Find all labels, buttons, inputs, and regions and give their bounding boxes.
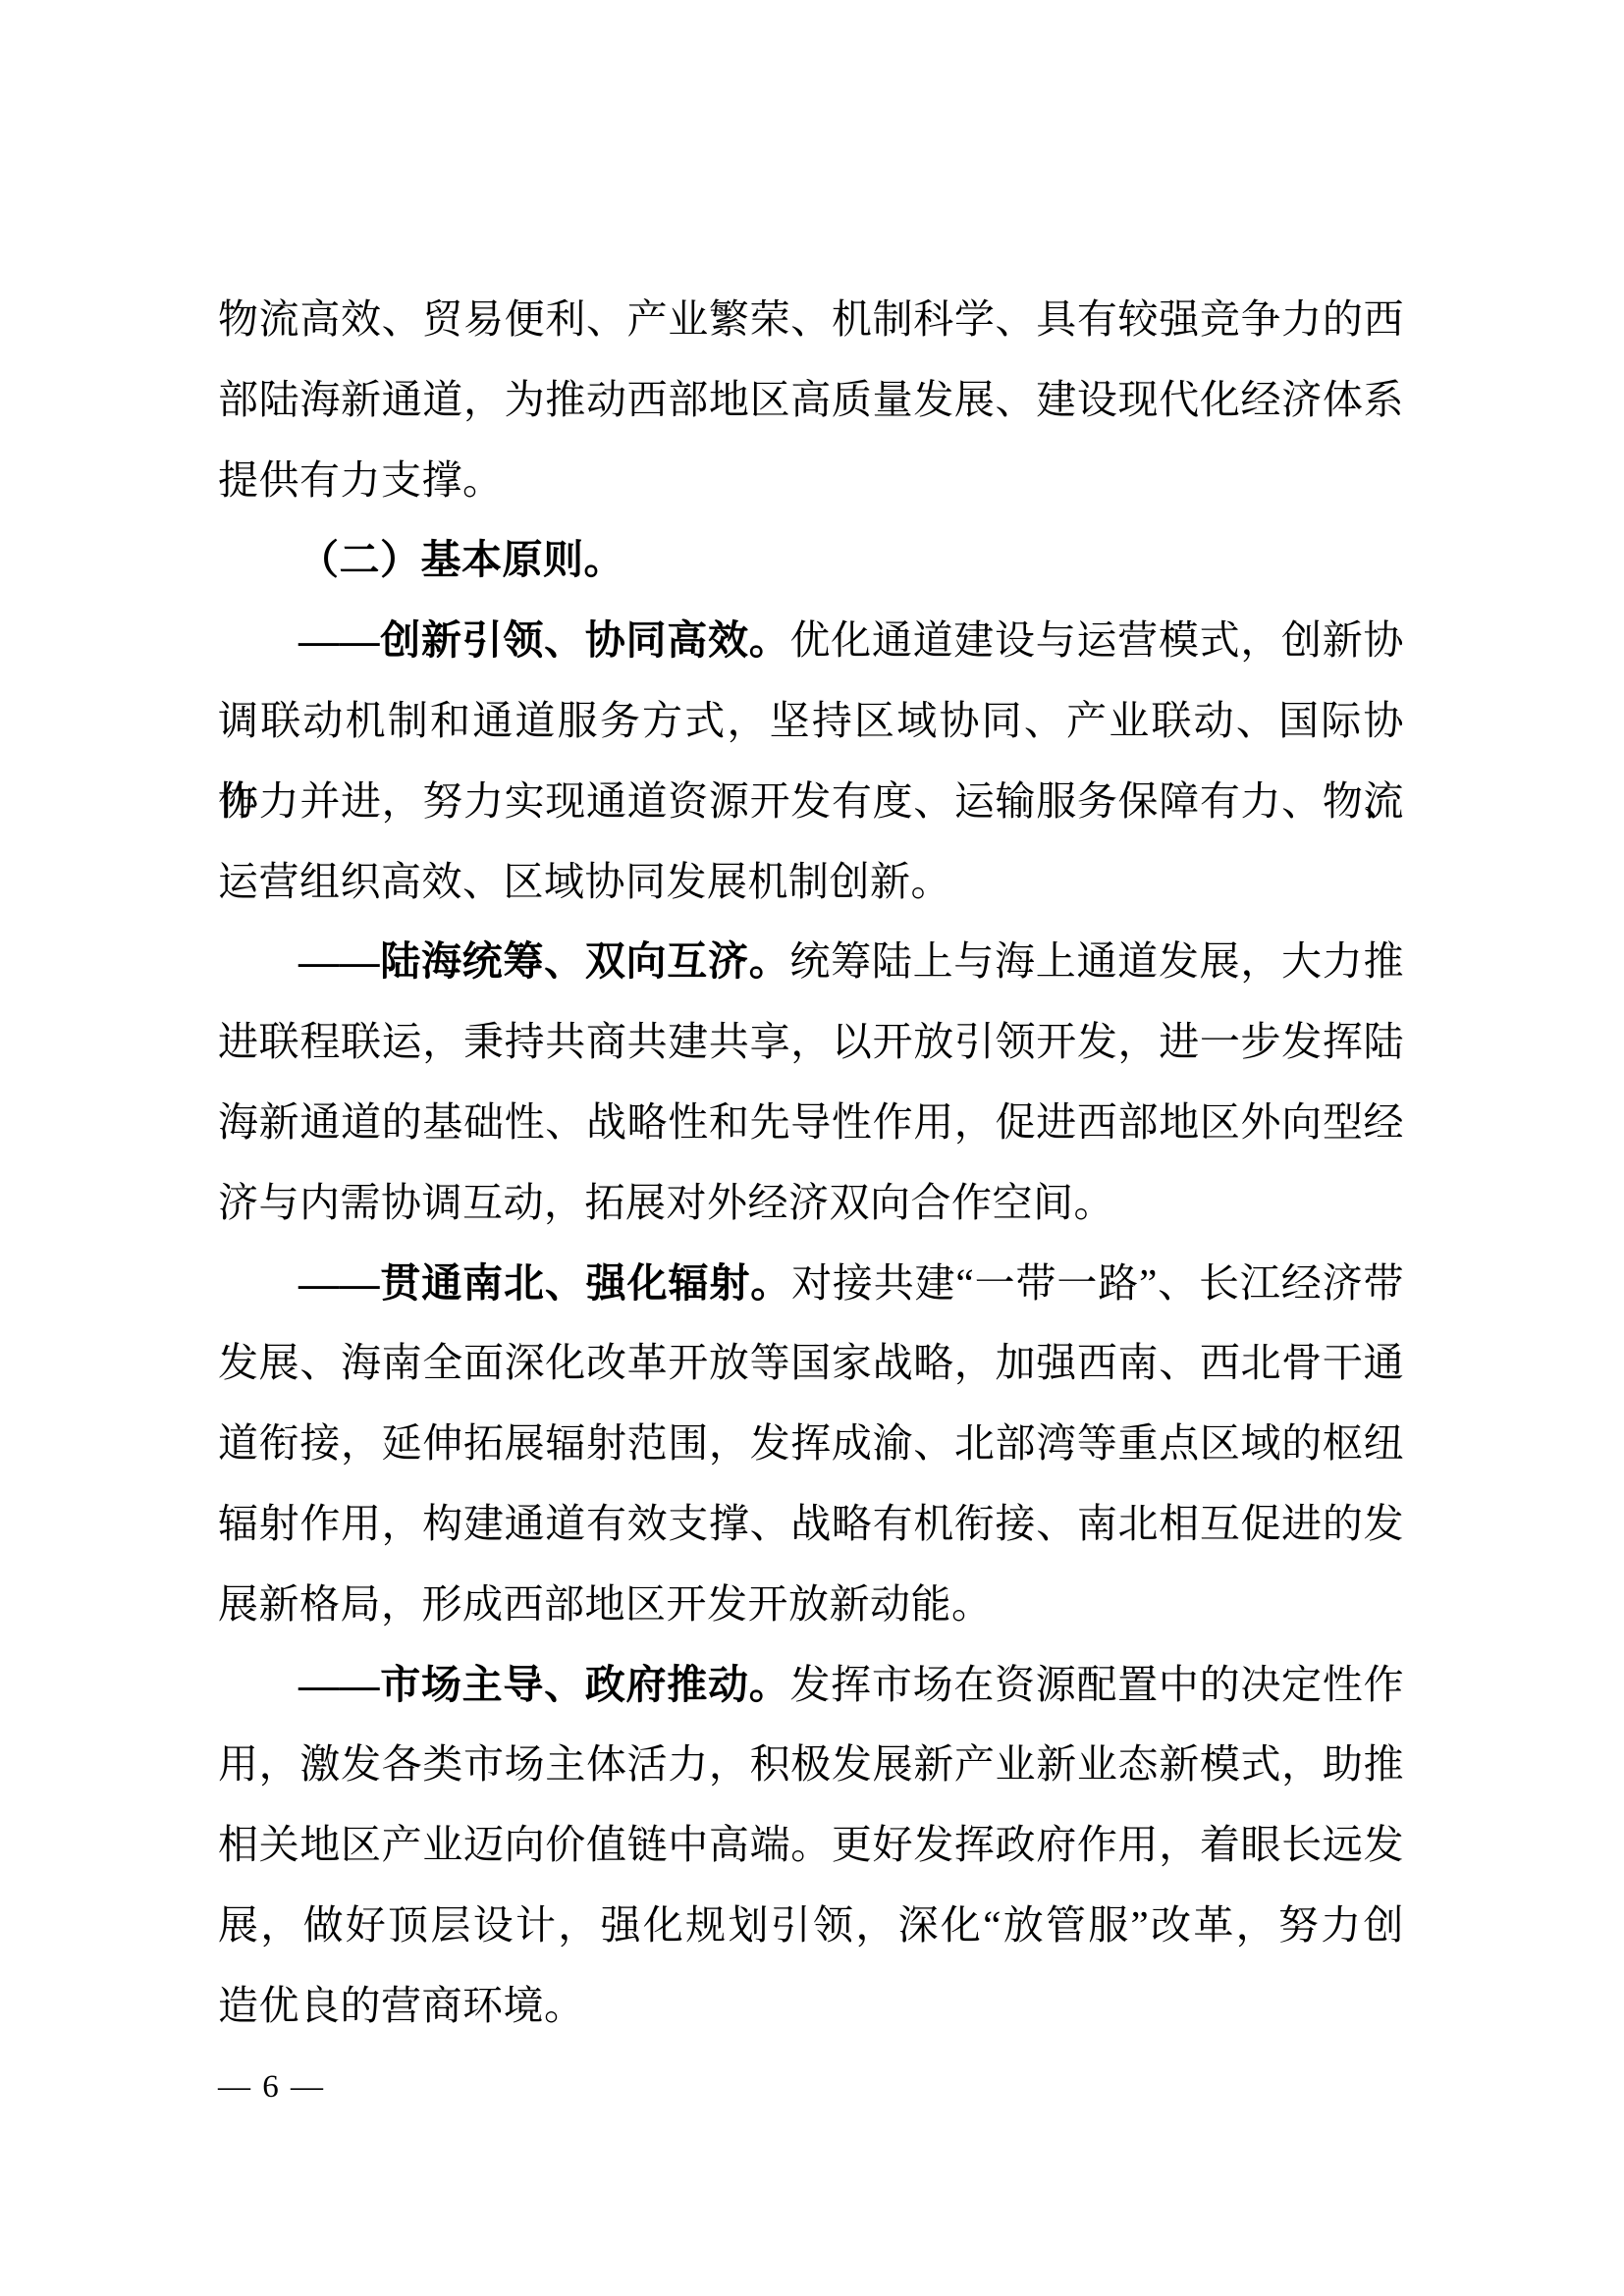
line-text: 发挥市场在资源配置中的决定性作 bbox=[789, 1662, 1404, 1707]
line-text: 优化通道建设与运营模式，创新协 bbox=[789, 617, 1404, 663]
text-line: 海新通道的基础性、战略性和先导性作用，促进西部地区外向型经 bbox=[218, 1083, 1404, 1163]
line-text: 提供有力支撑。 bbox=[218, 457, 504, 503]
line-text: 协力并进，努力实现通道资源开发有度、运输服务保障有力、物流 bbox=[218, 778, 1404, 824]
text-line: 相关地区产业迈向价值链中高端。更好发挥政府作用，着眼长远发 bbox=[218, 1805, 1404, 1886]
text-line: ——创新引领、协同高效。优化通道建设与运营模式，创新协 bbox=[218, 601, 1404, 681]
text-line: 道衔接，延伸拓展辐射范围，发挥成渝、北部湾等重点区域的枢纽 bbox=[218, 1404, 1404, 1484]
text-line: 调联动机制和通道服务方式，坚持区域协同、产业联动、国际协作、 bbox=[218, 681, 1404, 762]
text-line: ——市场主导、政府推动。发挥市场在资源配置中的决定性作 bbox=[218, 1645, 1404, 1726]
line-text: 发展、海南全面深化改革开放等国家战略，加强西南、西北骨干通 bbox=[218, 1340, 1404, 1385]
line-text: 造优良的营商环境。 bbox=[218, 1983, 585, 2028]
line-text: 济与内需协调互动，拓展对外经济双向合作空间。 bbox=[218, 1180, 1114, 1225]
text-line: ——贯通南北、强化辐射。对接共建“一带一路”、长江经济带 bbox=[218, 1244, 1404, 1324]
text-line: 运营组织高效、区域协同发展机制创新。 bbox=[218, 842, 1404, 923]
text-line: 造优良的营商环境。 bbox=[218, 1966, 1404, 2047]
line-text: 物流高效、贸易便利、产业繁荣、机制科学、具有较强竞争力的西 bbox=[218, 296, 1404, 342]
text-line: 展，做好顶层设计，强化规划引领，深化“放管服”改革，努力创 bbox=[218, 1886, 1404, 1966]
text-line: 部陆海新通道，为推动西部地区高质量发展、建设现代化经济体系 bbox=[218, 360, 1404, 441]
line-text: 道衔接，延伸拓展辐射范围，发挥成渝、北部湾等重点区域的枢纽 bbox=[218, 1420, 1404, 1466]
text-line: ——陆海统筹、双向互济。统筹陆上与海上通道发展，大力推 bbox=[218, 922, 1404, 1002]
text-line: 济与内需协调互动，拓展对外经济双向合作空间。 bbox=[218, 1163, 1404, 1244]
document-page: 物流高效、贸易便利、产业繁荣、机制科学、具有较强竞争力的西部陆海新通道，为推动西… bbox=[0, 0, 1624, 2296]
page-number: — 6 — bbox=[218, 2059, 325, 2114]
text-line: 发展、海南全面深化改革开放等国家战略，加强西南、西北骨干通 bbox=[218, 1323, 1404, 1404]
text-line: 用，激发各类市场主体活力，积极发展新产业新业态新模式，助推 bbox=[218, 1725, 1404, 1805]
text-block: 物流高效、贸易便利、产业繁荣、机制科学、具有较强竞争力的西部陆海新通道，为推动西… bbox=[218, 280, 1404, 2047]
line-text: 运营组织高效、区域协同发展机制创新。 bbox=[218, 859, 951, 904]
text-line: 物流高效、贸易便利、产业繁荣、机制科学、具有较强竞争力的西 bbox=[218, 280, 1404, 360]
emphasis-lead: ——市场主导、政府推动。 bbox=[298, 1662, 789, 1707]
emphasis-lead: ——陆海统筹、双向互济。 bbox=[298, 938, 789, 984]
text-line: 协力并进，努力实现通道资源开发有度、运输服务保障有力、物流 bbox=[218, 762, 1404, 842]
emphasis-lead: ——创新引领、协同高效。 bbox=[298, 617, 789, 663]
line-text: 辐射作用，构建通道有效支撑、战略有机衔接、南北相互促进的发 bbox=[218, 1501, 1404, 1546]
line-text: 统筹陆上与海上通道发展，大力推 bbox=[789, 938, 1404, 984]
text-line: 展新格局，形成西部地区开发开放新动能。 bbox=[218, 1565, 1404, 1645]
text-line: 辐射作用，构建通道有效支撑、战略有机衔接、南北相互促进的发 bbox=[218, 1484, 1404, 1565]
line-text: 对接共建“一带一路”、长江经济带 bbox=[791, 1260, 1404, 1306]
emphasis-lead: ——贯通南北、强化辐射。 bbox=[298, 1260, 791, 1306]
emphasis-lead: （二）基本原则。 bbox=[298, 537, 624, 582]
line-text: 进联程联运，秉持共商共建共享，以开放引领开发，进一步发挥陆 bbox=[218, 1019, 1404, 1064]
text-line: 提供有力支撑。 bbox=[218, 441, 1404, 521]
line-text: 展，做好顶层设计，强化规划引领，深化“放管服”改革，努力创 bbox=[218, 1902, 1404, 1948]
text-line: 进联程联运，秉持共商共建共享，以开放引领开发，进一步发挥陆 bbox=[218, 1002, 1404, 1083]
line-text: 展新格局，形成西部地区开发开放新动能。 bbox=[218, 1581, 993, 1627]
line-text: 用，激发各类市场主体活力，积极发展新产业新业态新模式，助推 bbox=[218, 1741, 1404, 1787]
line-text: 相关地区产业迈向价值链中高端。更好发挥政府作用，着眼长远发 bbox=[218, 1822, 1404, 1867]
text-line: （二）基本原则。 bbox=[218, 520, 1404, 601]
line-text: 海新通道的基础性、战略性和先导性作用，促进西部地区外向型经 bbox=[218, 1099, 1404, 1145]
line-text: 部陆海新通道，为推动西部地区高质量发展、建设现代化经济体系 bbox=[218, 377, 1404, 422]
